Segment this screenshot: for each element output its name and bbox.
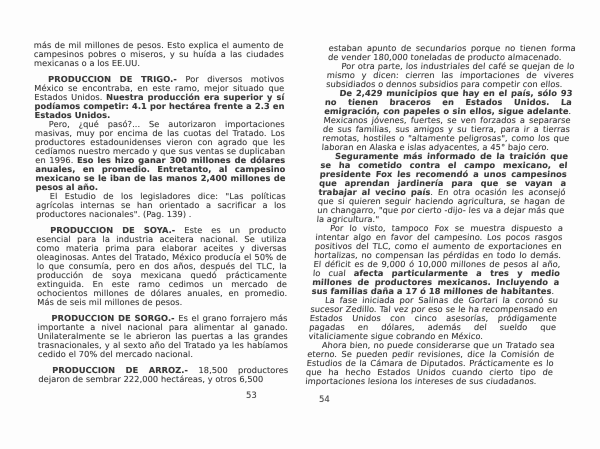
paragraph: El Estudio de los legisladores dice: "La… xyxy=(36,192,286,219)
paragraph: PRODUCCION DE TRIGO.- Por diversos motiv… xyxy=(34,75,285,120)
paragraph: estaban apunto de secundarios porque no … xyxy=(328,44,576,62)
paragraph: más de mil millones de pesos. Esto expli… xyxy=(34,41,284,68)
paragraph: Pero, ¿qué pasó?... Se autorizaron impor… xyxy=(35,120,286,192)
text-run: El Estudio de los legisladores dice: "La… xyxy=(36,191,286,219)
paragraph: PRODUCCION DE SORGO.- Es el grano forraj… xyxy=(37,314,288,359)
paragraph: PRODUCCION DE SOYA.- Este es un producto… xyxy=(36,226,287,307)
paragraph: PRODUCCION DE ARROZ.- 18,500 productores… xyxy=(38,366,288,384)
text-run: Por otra parte, los industriales del caf… xyxy=(326,61,575,89)
text-run: La fase iniciada por Salinas de Gortari … xyxy=(308,295,558,341)
text-run: Ahora bien, no puede considerarse que un… xyxy=(305,340,555,386)
paragraph: La fase iniciada por Salinas de Gortari … xyxy=(308,296,558,341)
page-right-text-column: estaban apunto de secundarios porque no … xyxy=(305,44,576,386)
text-run: más de mil millones de pesos. Esto expli… xyxy=(34,40,284,68)
page-left-text-column: más de mil millones de pesos. Esto expli… xyxy=(34,41,289,384)
paragraph: Ahora bien, no puede considerarse que un… xyxy=(305,341,555,386)
book-scan-spread: más de mil millones de pesos. Esto expli… xyxy=(0,0,600,449)
paragraph: Seguramente más informado de la traición… xyxy=(316,152,568,224)
bold-text-run: De 2,429 municipios que hay en el país, … xyxy=(324,88,573,116)
paragraph: Por otra parte, los industriales del caf… xyxy=(326,62,575,89)
paragraph: De 2,429 municipios que hay en el país, … xyxy=(321,89,572,152)
page-number-left: 53 xyxy=(246,391,257,401)
text-run: Este es un producto esencial para la ind… xyxy=(36,225,287,307)
paragraph: Por lo visto, tampoco Fox se muestra dis… xyxy=(311,224,563,296)
page-number-right: 54 xyxy=(319,395,330,405)
text-run: estaban apunto de secundarios porque no … xyxy=(328,43,576,62)
